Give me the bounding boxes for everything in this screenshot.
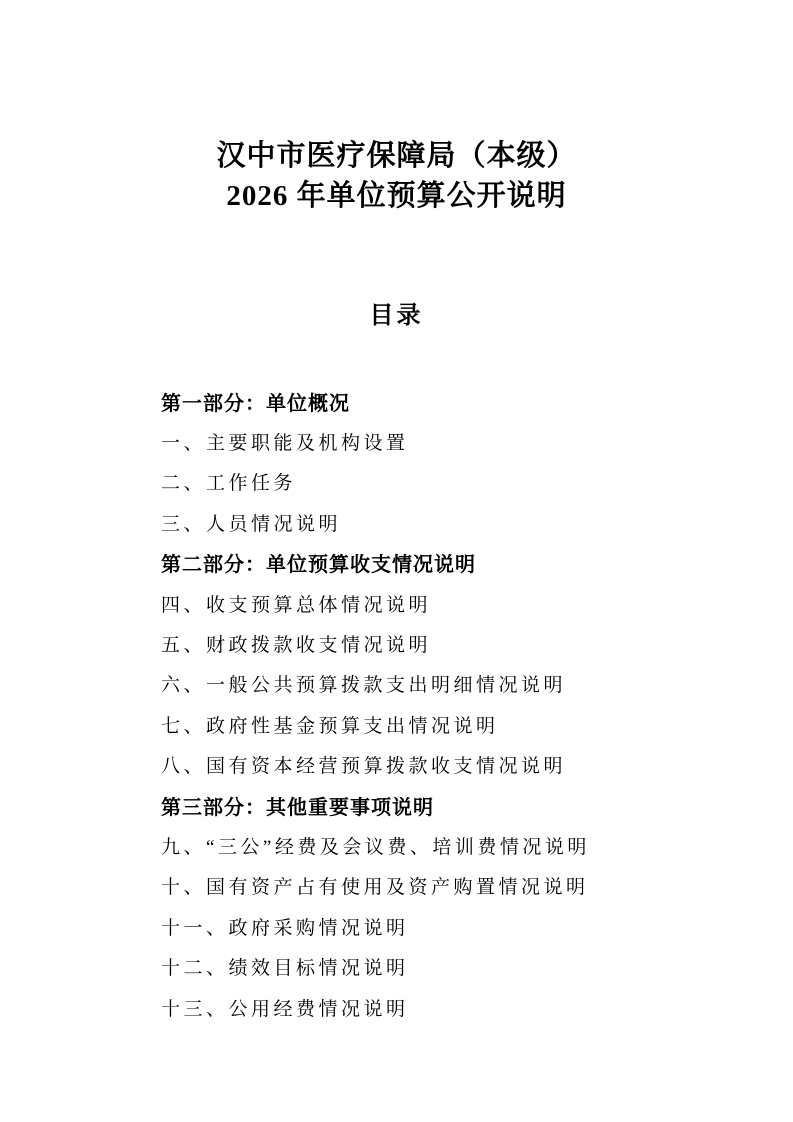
document-title-line2: 2026 年单位预算公开说明 <box>0 176 793 216</box>
toc-item: 六、一般公共预算拨款支出明细情况说明 <box>161 664 753 704</box>
toc-list: 第一部分：单位概况一、主要职能及机构设置二、工作任务三、人员情况说明第二部分：单… <box>161 381 753 1027</box>
toc-section-heading: 第二部分：单位预算收支情况说明 <box>161 543 753 583</box>
toc-item: 五、财政拨款收支情况说明 <box>161 623 753 663</box>
toc-section-heading: 第一部分：单位概况 <box>161 381 753 421</box>
document-page: 汉中市医疗保障局（本级） 2026 年单位预算公开说明 目录 第一部分：单位概况… <box>0 0 793 1122</box>
toc-item: 七、政府性基金预算支出情况说明 <box>161 704 753 744</box>
toc-section-heading: 第三部分：其他重要事项说明 <box>161 785 753 825</box>
toc-item: 四、收支预算总体情况说明 <box>161 583 753 623</box>
toc-item: 十三、公用经费情况说明 <box>161 987 753 1027</box>
document-title-line1: 汉中市医疗保障局（本级） <box>0 136 793 176</box>
toc-item: 三、人员情况说明 <box>161 502 753 542</box>
toc-item: 八、国有资本经营预算拨款收支情况说明 <box>161 745 753 785</box>
document-title: 汉中市医疗保障局（本级） 2026 年单位预算公开说明 <box>0 136 793 216</box>
toc-item: 十、国有资产占有使用及资产购置情况说明 <box>161 866 753 906</box>
toc-item: 九、“三公”经费及会议费、培训费情况说明 <box>161 825 753 865</box>
toc-item: 一、主要职能及机构设置 <box>161 421 753 461</box>
toc-heading: 目录 <box>0 298 793 334</box>
toc-item: 十一、政府采购情况说明 <box>161 906 753 946</box>
toc-item: 十二、绩效目标情况说明 <box>161 946 753 986</box>
toc-item: 二、工作任务 <box>161 462 753 502</box>
